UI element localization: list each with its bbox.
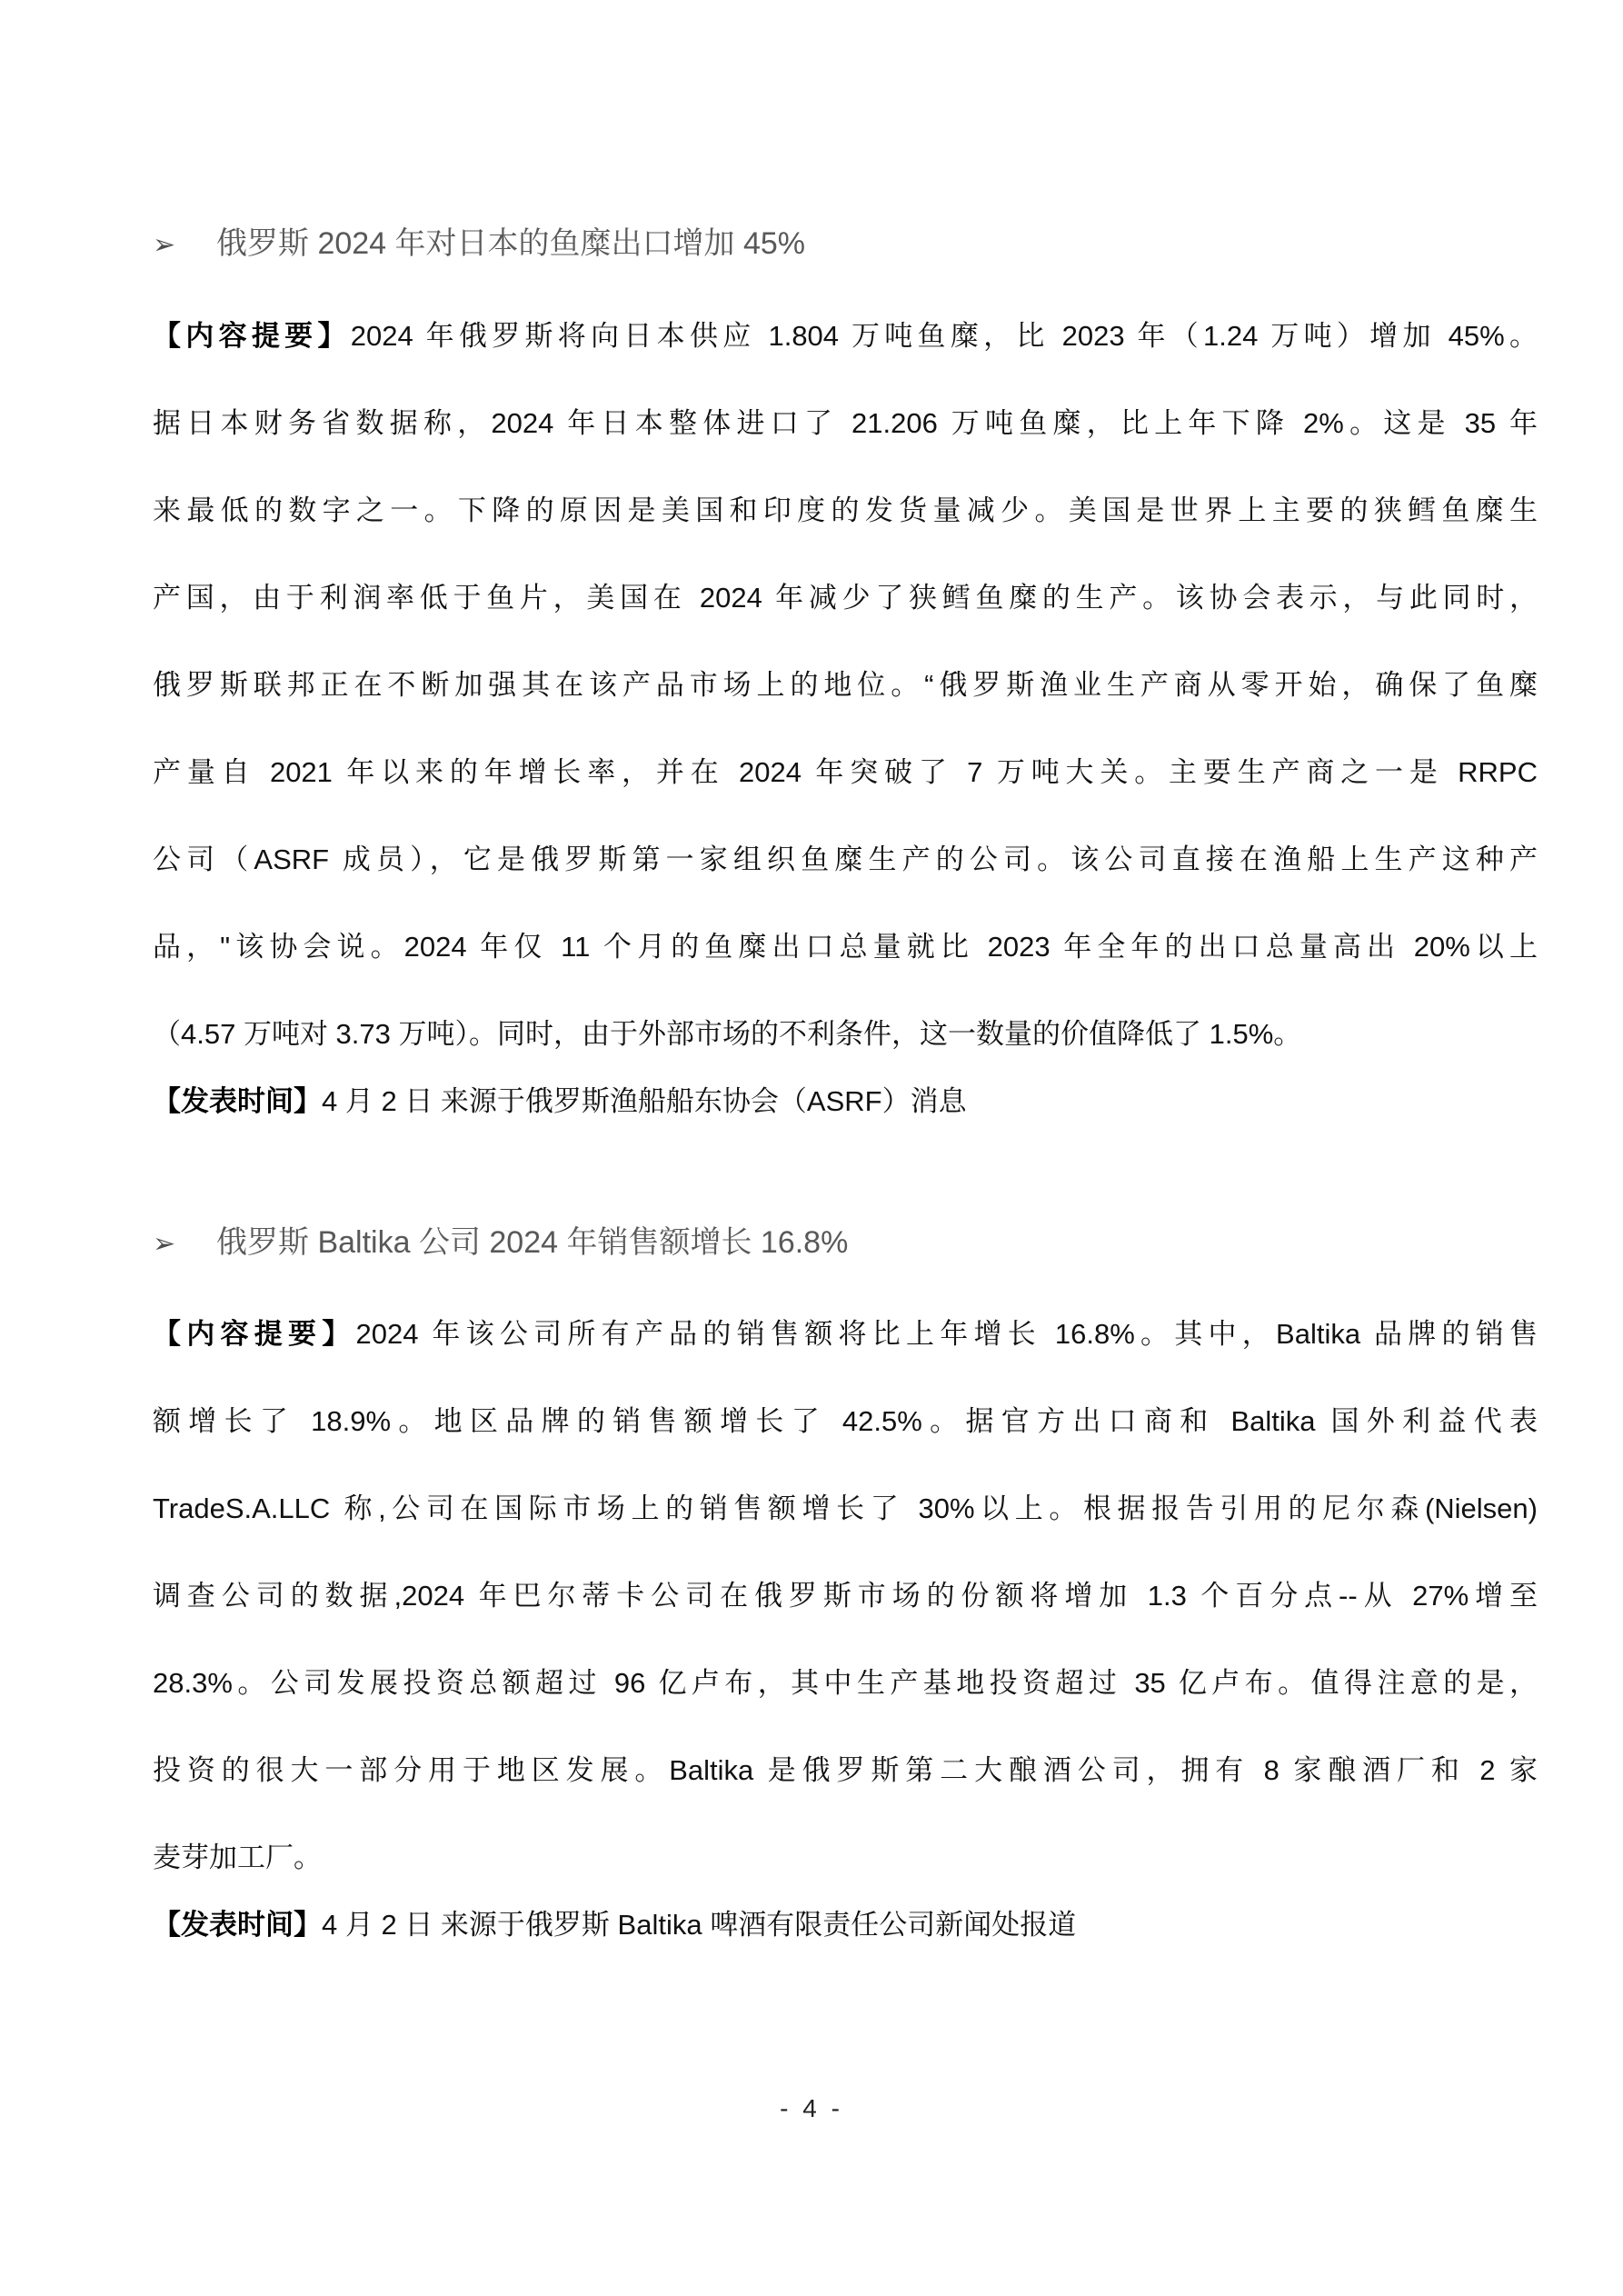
summary-paragraph-2: 【内容提要】2024 年该公司所有产品的销售额将比上年增长 16.8%。其中，B… <box>153 1291 1538 1902</box>
page-number: - 4 - <box>0 2095 1623 2122</box>
body-line: 【内容提要】2024 年该公司所有产品的销售额将比上年增长 16.8%。其中，B… <box>153 1291 1538 1378</box>
publish-text: 4 月 2 日 来源于俄罗斯渔船船东协会（ASRF）消息 <box>322 1085 967 1117</box>
news-heading-2: ➢俄罗斯 Baltika 公司 2024 年销售额增长 16.8% <box>153 1220 1538 1267</box>
body-line: 投资的很大一部分用于地区发展。Baltika 是俄罗斯第二大酿酒公司，拥有 8 … <box>153 1727 1538 1814</box>
body-line: （4.57 万吨对 3.73 万吨）。同时，由于外部市场的不利条件，这一数量的价… <box>153 991 1538 1078</box>
body-line: 品，"该协会说。2024 年仅 11 个月的鱼糜出口总量就比 2023 年全年的… <box>153 903 1538 991</box>
body-line: 麦芽加工厂。 <box>153 1814 1538 1902</box>
publish-line-1: 【发表时间】4 月 2 日 来源于俄罗斯渔船船东协会（ASRF）消息 <box>153 1079 1538 1124</box>
body-line: 28.3%。公司发展投资总额超过 96 亿卢布，其中生产基地投资超过 35 亿卢… <box>153 1640 1538 1727</box>
document-page: ➢俄罗斯 2024 年对日本的鱼糜出口增加 45% 【内容提要】2024 年俄罗… <box>0 0 1623 2296</box>
body-line-text: 2024 年该公司所有产品的销售额将比上年增长 16.8%。其中，Baltika… <box>356 1318 1538 1350</box>
news-heading-1-text: 俄罗斯 2024 年对日本的鱼糜出口增加 45% <box>216 226 805 261</box>
summary-label: 【内容提要】 <box>153 320 351 352</box>
body-line: 产国，由于利润率低于鱼片，美国在 2024 年减少了狭鳕鱼糜的生产。该协会表示，… <box>153 554 1538 642</box>
summary-label: 【内容提要】 <box>153 1318 356 1350</box>
body-line: 俄罗斯联邦正在不断加强其在该产品市场上的地位。“俄罗斯渔业生产商从零开始，确保了… <box>153 642 1538 729</box>
summary-paragraph-1: 【内容提要】2024 年俄罗斯将向日本供应 1.804 万吨鱼糜，比 2023 … <box>153 293 1538 1078</box>
publish-text: 4 月 2 日 来源于俄罗斯 Baltika 啤酒有限责任公司新闻处报道 <box>322 1909 1076 1941</box>
body-line: 据日本财务省数据称，2024 年日本整体进口了 21.206 万吨鱼糜，比上年下… <box>153 380 1538 467</box>
body-line-text: 2024 年俄罗斯将向日本供应 1.804 万吨鱼糜，比 2023 年（1.24… <box>351 320 1538 352</box>
publish-line-2: 【发表时间】4 月 2 日 来源于俄罗斯 Baltika 啤酒有限责任公司新闻处… <box>153 1902 1538 1948</box>
body-line: 【内容提要】2024 年俄罗斯将向日本供应 1.804 万吨鱼糜，比 2023 … <box>153 293 1538 380</box>
body-line: 调查公司的数据,2024 年巴尔蒂卡公司在俄罗斯市场的份额将增加 1.3 个百分… <box>153 1552 1538 1640</box>
publish-label: 【发表时间】 <box>153 1909 322 1941</box>
body-line: 产量自 2021 年以来的年增长率，并在 2024 年突破了 7 万吨大关。主要… <box>153 729 1538 816</box>
publish-label: 【发表时间】 <box>153 1085 322 1117</box>
body-line: 额增长了 18.9%。地区品牌的销售额增长了 42.5%。据官方出口商和 Bal… <box>153 1378 1538 1465</box>
body-line: TradeS.A.LLC 称,公司在国际市场上的销售额增长了 30%以上。根据报… <box>153 1465 1538 1552</box>
body-line: 公司（ASRF 成员），它是俄罗斯第一家组织鱼糜生产的公司。该公司直接在渔船上生… <box>153 816 1538 903</box>
arrow-bullet-icon: ➢ <box>153 1222 180 1267</box>
news-heading-2-text: 俄罗斯 Baltika 公司 2024 年销售额增长 16.8% <box>216 1225 848 1260</box>
body-line: 来最低的数字之一。下降的原因是美国和印度的发货量减少。美国是世界上主要的狭鳕鱼糜… <box>153 467 1538 554</box>
news-heading-1: ➢俄罗斯 2024 年对日本的鱼糜出口增加 45% <box>153 221 1538 268</box>
arrow-bullet-icon: ➢ <box>153 223 180 268</box>
